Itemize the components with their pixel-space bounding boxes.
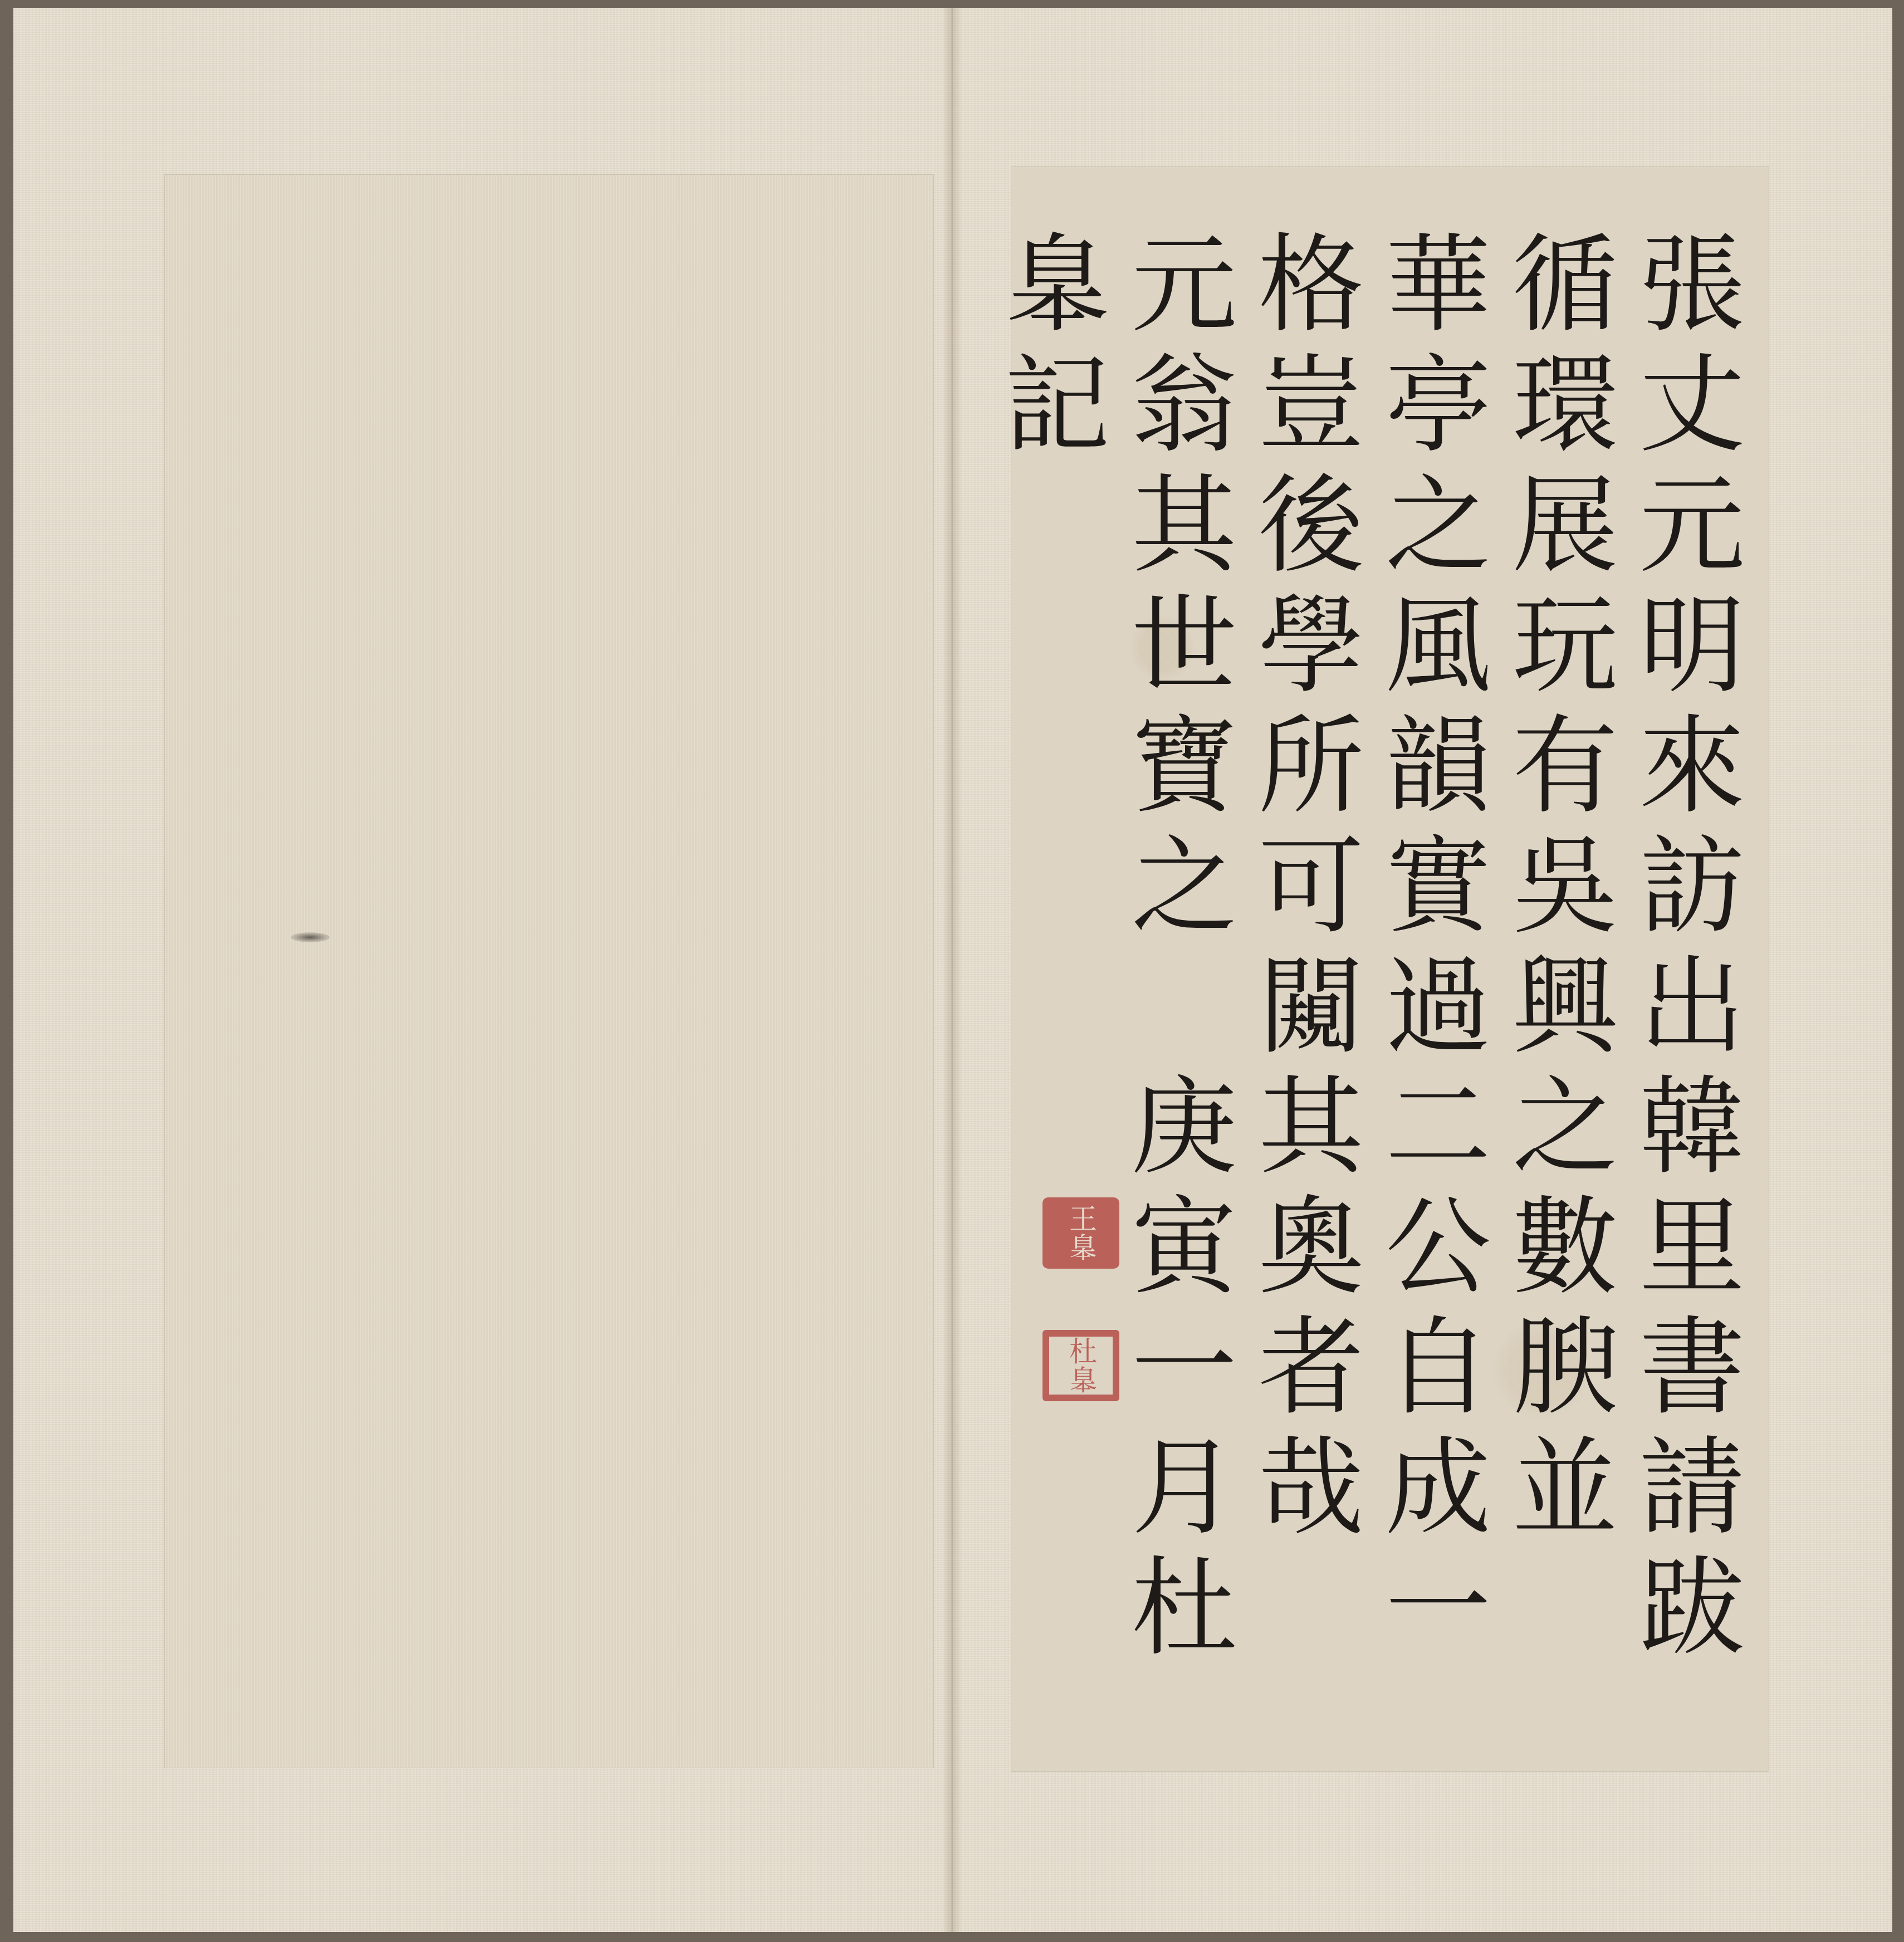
inscription-column-2: 循環展玩有吳興之數腴並 bbox=[1492, 228, 1619, 1732]
ink-smudge-mark bbox=[291, 932, 330, 942]
left-page bbox=[13, 8, 952, 1932]
seal-group: 王𦤎 杜𦤎 bbox=[1042, 1197, 1126, 1462]
inscription-column-3: 華亭之風韻實過二公自成一 bbox=[1365, 228, 1492, 1732]
inscription-column-4: 格豈後學所可闚其奧者哉 bbox=[1239, 228, 1365, 1732]
seal-relief-icon: 杜𦤎 bbox=[1042, 1330, 1119, 1401]
seal-intaglio-icon: 王𦤎 bbox=[1042, 1197, 1119, 1269]
calligraphy-panel: 張丈元明來訪出韓里書請跋 循環展玩有吳興之數腴並 華亭之風韻實過二公自成一 格豈… bbox=[1011, 167, 1769, 1771]
right-page: 張丈元明來訪出韓里書請跋 循環展玩有吳興之數腴並 華亭之風韻實過二公自成一 格豈… bbox=[952, 8, 1892, 1932]
inscription-column-5: 元翁其世寶之 庚寅一月杜𦤎記 bbox=[985, 228, 1239, 1732]
inscription-column-1: 張丈元明來訪出韓里書請跋 bbox=[1619, 228, 1746, 1732]
calligraphy-inscription: 張丈元明來訪出韓里書請跋 循環展玩有吳興之數腴並 華亭之風韻實過二公自成一 格豈… bbox=[985, 228, 1746, 1732]
album-spread: 張丈元明來訪出韓里書請跋 循環展玩有吳興之數腴並 華亭之風韻實過二公自成一 格豈… bbox=[13, 8, 1892, 1932]
blank-mounted-panel bbox=[165, 175, 933, 1768]
